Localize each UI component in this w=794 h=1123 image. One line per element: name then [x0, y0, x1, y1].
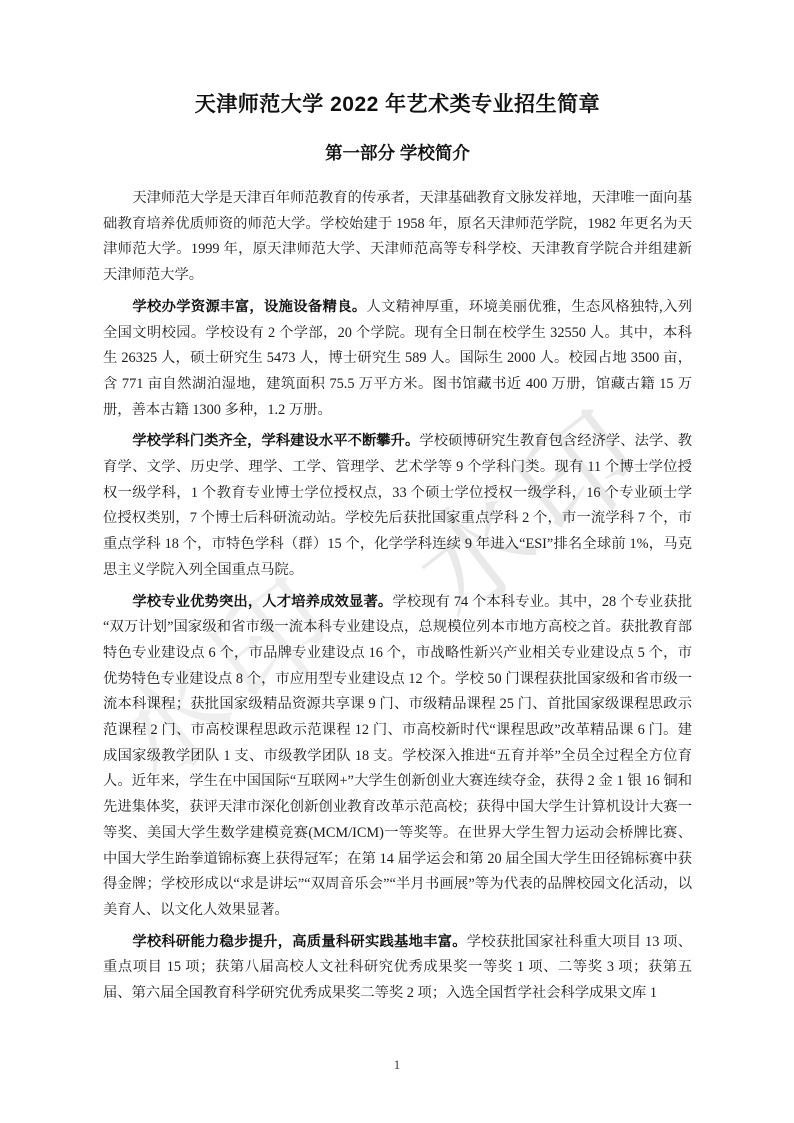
paragraph-body: 学校硕博研究生教育包含经济学、法学、教育学、文学、历史学、理学、工学、管理学、艺…	[103, 433, 692, 578]
paragraph-lead: 学校专业优势突出，人才培养成效显著。	[132, 594, 392, 610]
paragraph-body: 人文精神厚重，环境美丽优雅，生态风格独特,入列全国文明校园。学校设有 2 个学部…	[103, 299, 692, 418]
paragraph: 学校科研能力稳步提升，高质量科研实践基地丰富。学校获批国家社科重大项目 13 项…	[103, 930, 692, 1007]
paragraph-lead: 学校办学资源丰富，设施设备精良。	[132, 299, 366, 315]
paragraph: 学校办学资源丰富，设施设备精良。人文精神厚重，环境美丽优雅，生态风格独特,入列全…	[103, 295, 692, 424]
page-number: 1	[0, 1058, 794, 1073]
paragraph: 天津师范大学是天津百年师范教育的传承者，天津基础教育文脉发祥地，天津唯一面向基础…	[103, 186, 692, 289]
document-title: 天津师范大学 2022 年艺术类专业招生简章	[103, 92, 692, 118]
document-content: 天津师范大学 2022 年艺术类专业招生简章 第一部分 学校简介 天津师范大学是…	[103, 92, 692, 1013]
paragraph-lead: 学校学科门类齐全，学科建设水平不断攀升。	[132, 433, 419, 449]
paragraph-lead: 学校科研能力稳步提升，高质量科研实践基地丰富。	[132, 934, 466, 950]
document-body: 天津师范大学是天津百年师范教育的传承者，天津基础教育文脉发祥地，天津唯一面向基础…	[103, 186, 692, 1007]
paragraph-body: 学校现有 74 个本科专业。其中，28 个专业获批“双万计划”国家级和省市级一流…	[103, 594, 692, 918]
section-heading: 第一部分 学校简介	[103, 142, 692, 164]
document-page: 水印 水印 天津师范大学 2022 年艺术类专业招生简章 第一部分 学校简介 天…	[0, 0, 794, 1123]
paragraph: 学校学科门类齐全，学科建设水平不断攀升。学校硕博研究生教育包含经济学、法学、教育…	[103, 429, 692, 583]
paragraph: 学校专业优势突出，人才培养成效显著。学校现有 74 个本科专业。其中，28 个专…	[103, 590, 692, 924]
paragraph-body: 天津师范大学是天津百年师范教育的传承者，天津基础教育文脉发祥地，天津唯一面向基础…	[103, 190, 692, 283]
